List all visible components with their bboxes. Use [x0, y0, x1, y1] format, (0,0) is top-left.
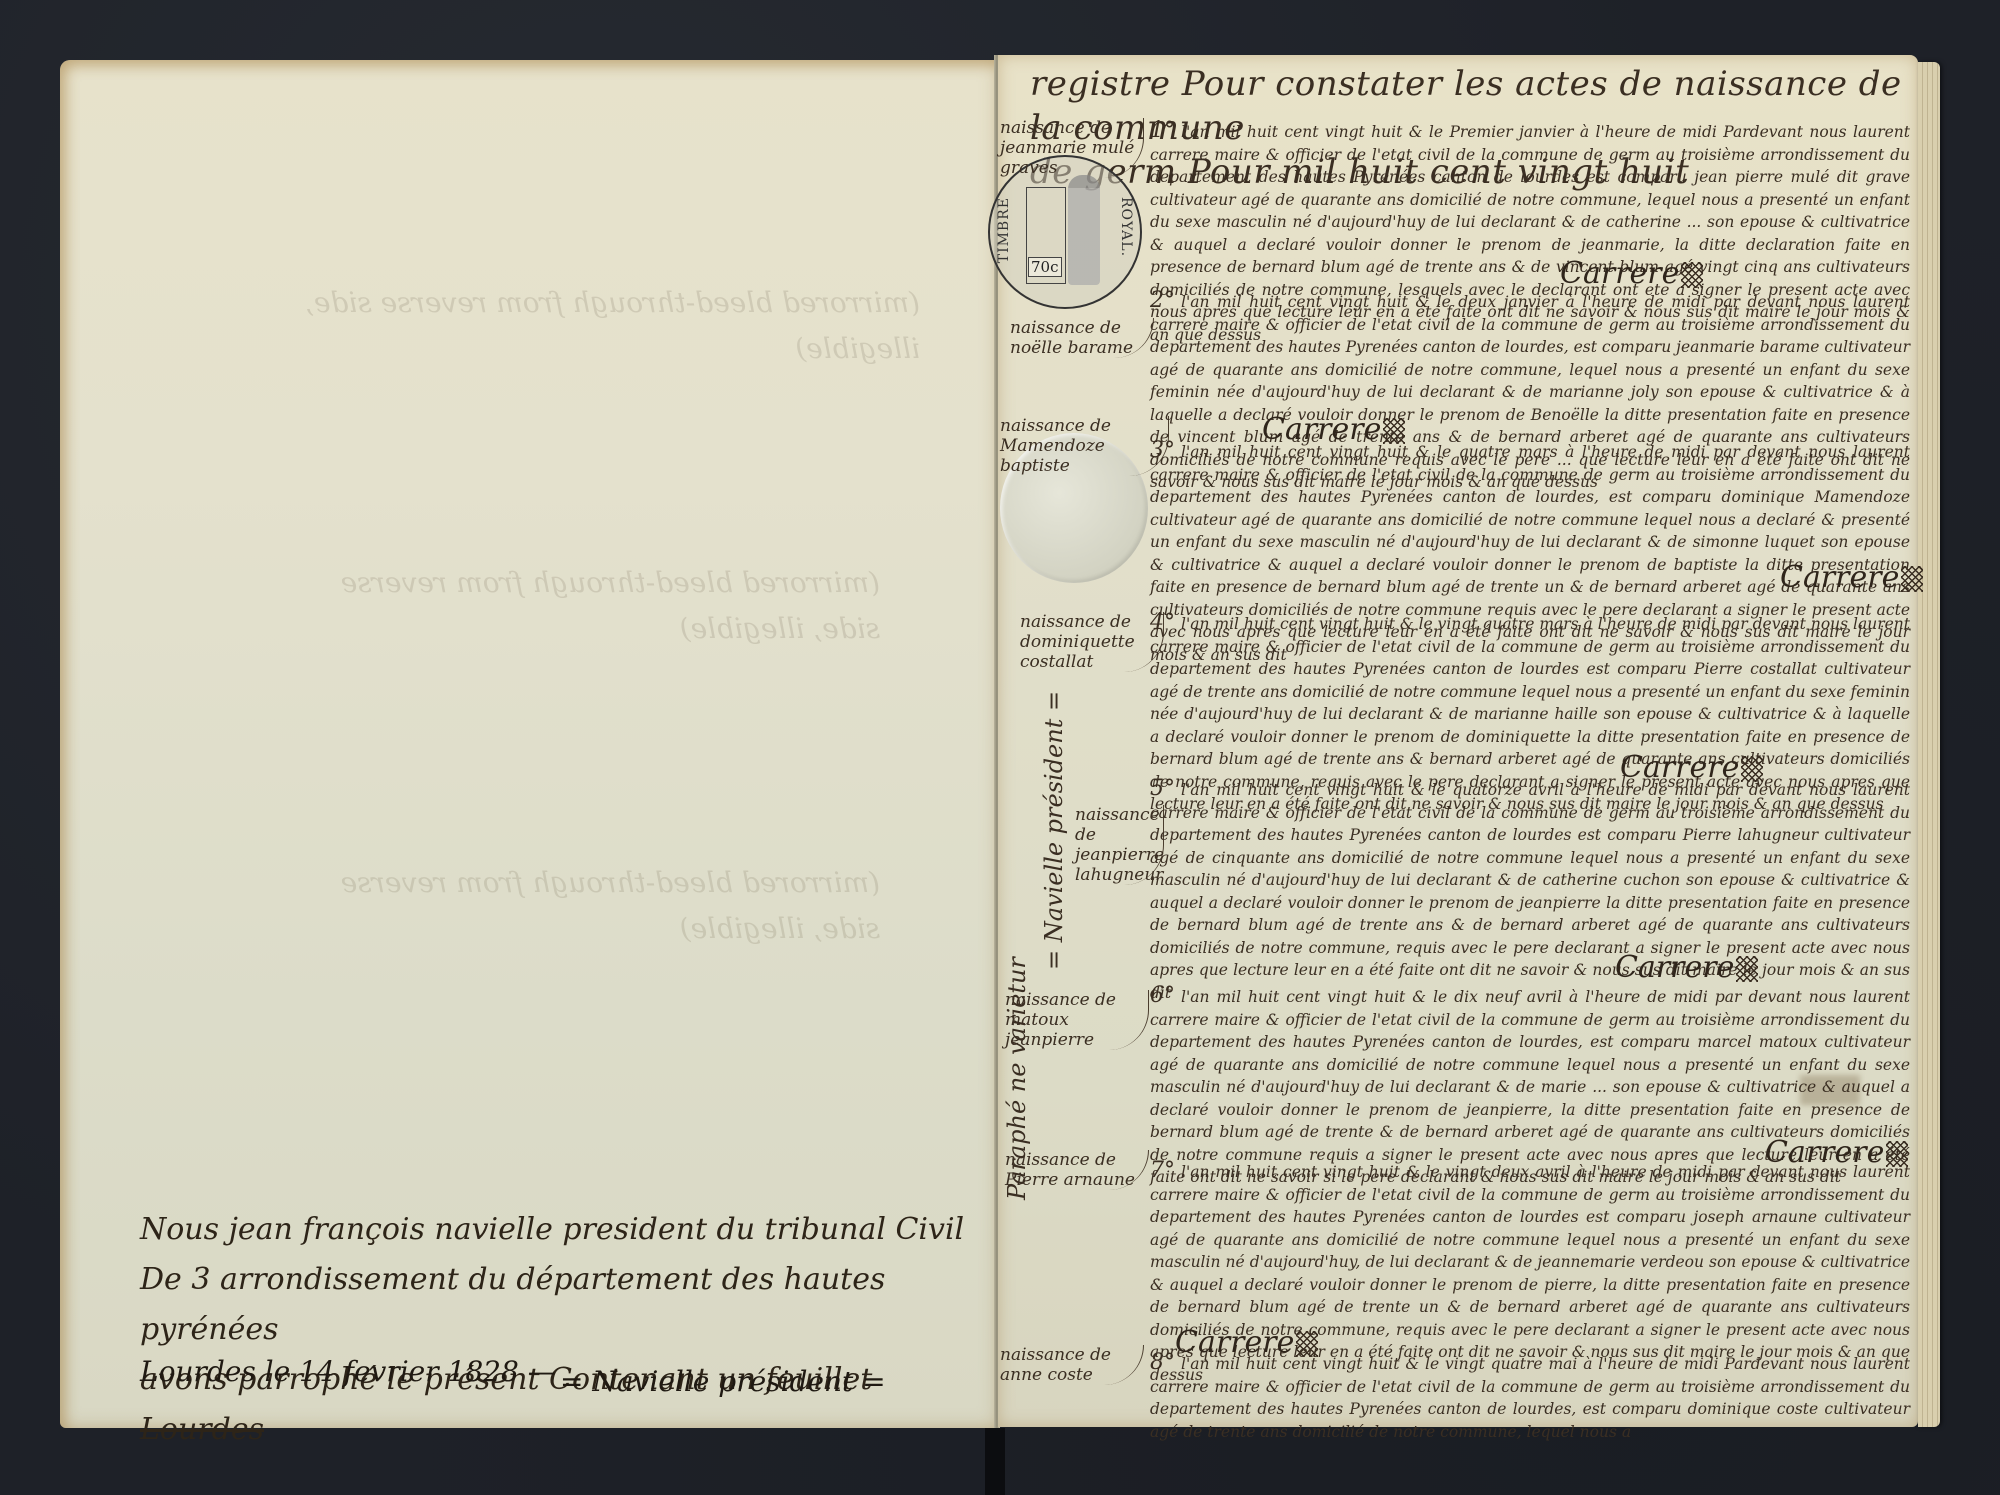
margin-note-entry-8: naissance de anne coste: [1000, 1345, 1144, 1385]
stamp-figure-icon: [1068, 175, 1100, 285]
margin-note-entry-1: naissance de jeanmarie mulé graves: [1000, 118, 1144, 178]
entry-number: 7°: [1150, 1158, 1175, 1183]
certification-line: De 3 arrondissement du département des h…: [140, 1255, 1000, 1355]
certification-date: Lourdes le 14 fevrier 1828 —: [140, 1355, 556, 1388]
mayor-signature: Carrere: [1560, 256, 1703, 291]
signature-text: Carrere: [1615, 950, 1734, 985]
bleed-through-text: (mirrored bleed-through from reverse sid…: [320, 860, 880, 952]
paraph-flourish-icon: [1736, 956, 1758, 982]
signature-text: Carrere: [1560, 256, 1679, 291]
timbre-royal-stamp: TIMBRE ROYAL. 70c: [988, 155, 1142, 309]
signature-text: Carrere: [1780, 560, 1899, 595]
stamp-label-right: ROYAL.: [1118, 197, 1134, 257]
paraphe-vertical-note: Paraphé ne varietur: [1003, 600, 1031, 1200]
stacked-page-edges: [1918, 62, 1940, 1427]
spine-shadow: [985, 1428, 1005, 1495]
bleed-through-text: (mirrored bleed-through from reverse sid…: [280, 560, 880, 652]
certification-line: Nous jean françois navielle president du…: [140, 1205, 1000, 1255]
paraph-flourish-icon: [1901, 566, 1923, 592]
certification-block: Nous jean françois navielle president du…: [140, 1205, 1000, 1455]
paraph-flourish-icon: [1681, 262, 1703, 288]
entry-number: 1°: [1150, 118, 1175, 143]
struck-word: Lourdes: [140, 1412, 264, 1447]
margin-note-entry-2: naissance de noëlle barame: [1010, 318, 1154, 358]
mayor-signature: Carrere: [1780, 560, 1923, 595]
entry-number: 2°: [1150, 288, 1175, 313]
birth-entry-8: 8°l'an mil huit cent vingt huit & le vin…: [1150, 1352, 1910, 1443]
stamp-value: 70c: [1028, 257, 1062, 277]
birth-entry-5: 5°l'an mil huit cent vingt huit & le qua…: [1150, 778, 1910, 1004]
margin-note-entry-4: naissance de dominiquette costallat: [1020, 612, 1164, 672]
stamp-label-left: TIMBRE: [996, 197, 1012, 263]
mayor-signature: Carrere: [1615, 950, 1758, 985]
entry-text: l'an mil huit cent vingt huit & le vingt…: [1150, 1355, 1910, 1441]
entry-number: 6°: [1150, 983, 1175, 1008]
margin-note-entry-3: naissance de Mamendoze baptiste: [1000, 416, 1169, 476]
president-signature: = Navielle président =: [560, 1365, 886, 1398]
bleed-through-text: (mirrored bleed-through from reverse sid…: [260, 280, 920, 372]
margin-note-entry-6: naissance de matoux jeanpierre: [1005, 990, 1149, 1050]
entry-number: 5°: [1150, 776, 1175, 801]
entry-number: 3°: [1150, 438, 1175, 463]
entry-text: l'an mil huit cent vingt huit & le quato…: [1150, 781, 1910, 1002]
entry-number: 4°: [1150, 610, 1175, 635]
president-vertical-signature: = Navielle président =: [1040, 640, 1068, 970]
entry-number: 8°: [1150, 1350, 1175, 1375]
margin-note-entry-7: naissance de Pierre arnaune: [1005, 1150, 1149, 1190]
